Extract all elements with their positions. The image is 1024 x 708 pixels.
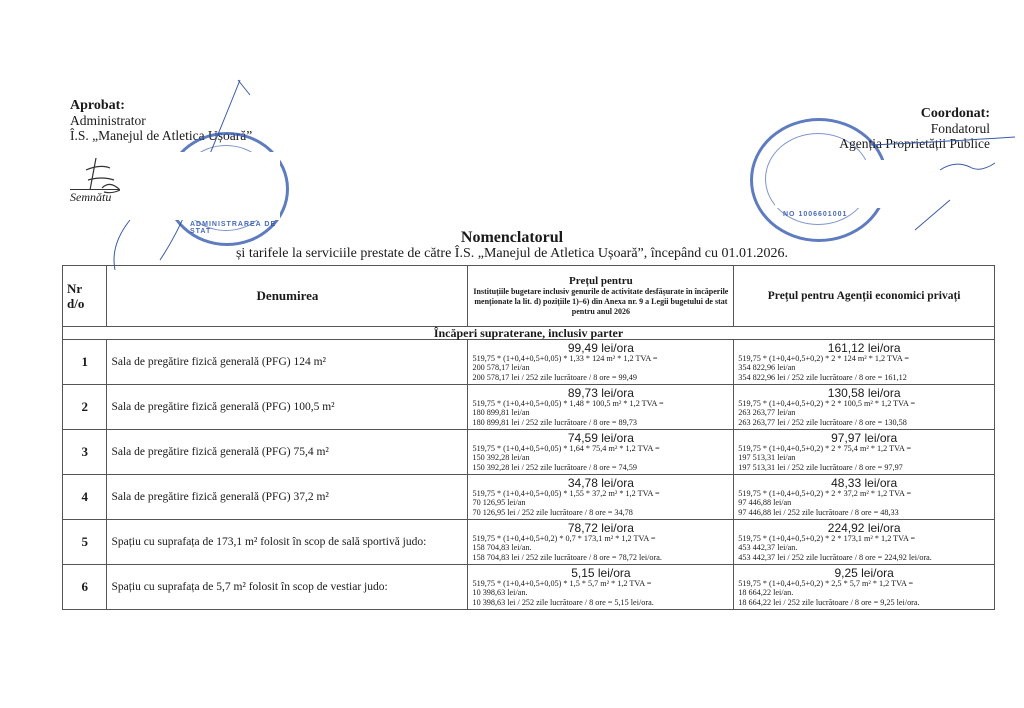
price-private-cell: 130,58 lei/ora519,75 * (1+0,4+0,5+0,2) *… xyxy=(734,385,995,430)
hourly-calculation: 200 578,17 lei / 252 zile lucrătoare / 8… xyxy=(472,373,729,383)
hourly-calculation: 150 392,28 lei / 252 zile lucrătoare / 8… xyxy=(472,463,729,473)
price-private-cell: 97,97 lei/ora519,75 * (1+0,4+0,5+0,2) * … xyxy=(734,430,995,475)
service-name: Sala de pregătire fizică generală (PFG) … xyxy=(107,340,468,385)
rate-formula: 519,75 * (1+0,4+0,5+0,05) * 1,33 * 124 m… xyxy=(472,354,729,364)
row-number: 1 xyxy=(63,340,107,385)
section-row: Încăperi supraterane, inclusiv parter xyxy=(63,327,995,340)
rate-formula: 519,75 * (1+0,4+0,5+0,2) * 2 * 124 m² * … xyxy=(738,354,990,364)
price-public-cell: 5,15 lei/ora519,75 * (1+0,4+0,5+0,05) * … xyxy=(468,565,734,610)
table-row: 4Sala de pregătire fizică generală (PFG)… xyxy=(63,475,995,520)
hourly-rate: 34,78 lei/ora xyxy=(472,477,729,489)
annual-amount: 10 398,63 lei/an. xyxy=(472,588,729,598)
annual-amount: 18 664,22 lei/an. xyxy=(738,588,990,598)
table-row: 3Sala de pregătire fizică generală (PFG)… xyxy=(63,430,995,475)
hourly-rate: 48,33 lei/ora xyxy=(738,477,990,489)
hourly-calculation: 354 822,96 lei / 252 zile lucrătoare / 8… xyxy=(738,373,990,383)
hourly-rate: 78,72 lei/ora xyxy=(472,522,729,534)
annual-amount: 197 513,31 lei/an xyxy=(738,453,990,463)
right-signature-stroke-icon xyxy=(860,115,1020,235)
price-private-cell: 48,33 lei/ora519,75 * (1+0,4+0,5+0,2) * … xyxy=(734,475,995,520)
row-number: 4 xyxy=(63,475,107,520)
service-name: Spațiu cu suprafața de 173,1 m² folosit … xyxy=(107,520,468,565)
price-public-cell: 34,78 lei/ora519,75 * (1+0,4+0,5+0,05) *… xyxy=(468,475,734,520)
rate-formula: 519,75 * (1+0,4+0,5+0,05) * 1,55 * 37,2 … xyxy=(472,489,729,499)
price-public-cell: 74,59 lei/ora519,75 * (1+0,4+0,5+0,05) *… xyxy=(468,430,734,475)
row-number: 5 xyxy=(63,520,107,565)
hourly-calculation: 263 263,77 lei / 252 zile lucrătoare / 8… xyxy=(738,418,990,428)
hourly-calculation: 453 442,37 lei / 252 zile lucrătoare / 8… xyxy=(738,553,990,563)
hourly-calculation: 158 704,83 lei / 252 zile lucrătoare / 8… xyxy=(472,553,729,563)
hourly-calculation: 197 513,31 lei / 252 zile lucrătoare / 8… xyxy=(738,463,990,473)
annual-amount: 150 392,28 lei/an xyxy=(472,453,729,463)
row-number: 3 xyxy=(63,430,107,475)
rate-formula: 519,75 * (1+0,4+0,5+0,2) * 2 * 100,5 m² … xyxy=(738,399,990,409)
price-private-cell: 9,25 lei/ora519,75 * (1+0,4+0,5+0,2) * 2… xyxy=(734,565,995,610)
rate-formula: 519,75 * (1+0,4+0,5+0,05) * 1,48 * 100,5… xyxy=(472,399,729,409)
annual-amount: 158 704,83 lei/an. xyxy=(472,543,729,553)
rate-formula: 519,75 * (1+0,4+0,5+0,2) * 0,7 * 173,1 m… xyxy=(472,534,729,544)
hourly-rate: 97,97 lei/ora xyxy=(738,432,990,444)
price-private-cell: 161,12 lei/ora519,75 * (1+0,4+0,5+0,2) *… xyxy=(734,340,995,385)
table-row: 6Spațiu cu suprafața de 5,7 m² folosit î… xyxy=(63,565,995,610)
price-public-cell: 89,73 lei/ora519,75 * (1+0,4+0,5+0,05) *… xyxy=(468,385,734,430)
hourly-rate: 74,59 lei/ora xyxy=(472,432,729,444)
hourly-rate: 89,73 lei/ora xyxy=(472,387,729,399)
rate-formula: 519,75 * (1+0,4+0,5+0,2) * 2 * 37,2 m² *… xyxy=(738,489,990,499)
right-stamp-code: NO 1006601001 xyxy=(783,211,847,218)
header-name: Denumirea xyxy=(107,266,468,327)
service-name: Sala de pregătire fizică generală (PFG) … xyxy=(107,475,468,520)
hourly-calculation: 10 398,63 lei / 252 zile lucrătoare / 8 … xyxy=(472,598,729,608)
hourly-rate: 130,58 lei/ora xyxy=(738,387,990,399)
hourly-calculation: 97 446,88 lei / 252 zile lucrătoare / 8 … xyxy=(738,508,990,518)
table-header-row: Nr d/o Denumirea Prețul pentru Instituți… xyxy=(63,266,995,327)
rate-formula: 519,75 * (1+0,4+0,5+0,2) * 2,5 * 5,7 m² … xyxy=(738,579,990,589)
hourly-rate: 161,12 lei/ora xyxy=(738,342,990,354)
hourly-rate: 99,49 lei/ora xyxy=(472,342,729,354)
table-row: 2Sala de pregătire fizică generală (PFG)… xyxy=(63,385,995,430)
rate-formula: 519,75 * (1+0,4+0,5+0,05) * 1,64 * 75,4 … xyxy=(472,444,729,454)
annual-amount: 453 442,37 lei/an. xyxy=(738,543,990,553)
service-name: Sala de pregătire fizică generală (PFG) … xyxy=(107,385,468,430)
header-price-public: Prețul pentru Instituțiile bugetare incl… xyxy=(468,266,734,327)
price-private-cell: 224,92 lei/ora519,75 * (1+0,4+0,5+0,2) *… xyxy=(734,520,995,565)
hourly-calculation: 18 664,22 lei / 252 zile lucrătoare / 8 … xyxy=(738,598,990,608)
hourly-rate: 224,92 lei/ora xyxy=(738,522,990,534)
tariff-table: Nr d/o Denumirea Prețul pentru Instituți… xyxy=(62,265,995,610)
hourly-rate: 5,15 lei/ora xyxy=(472,567,729,579)
annual-amount: 70 126,95 lei/an xyxy=(472,498,729,508)
header-price-public-desc: Instituțiile bugetare inclusiv genurile … xyxy=(473,287,728,316)
annual-amount: 354 822,96 lei/an xyxy=(738,363,990,373)
document-title: Nomenclatorul xyxy=(0,229,1024,247)
service-name: Sala de pregătire fizică generală (PFG) … xyxy=(107,430,468,475)
hourly-calculation: 70 126,95 lei / 252 zile lucrătoare / 8 … xyxy=(472,508,729,518)
annual-amount: 97 446,88 lei/an xyxy=(738,498,990,508)
rate-formula: 519,75 * (1+0,4+0,5+0,05) * 1,5 * 5,7 m²… xyxy=(472,579,729,589)
rate-formula: 519,75 * (1+0,4+0,5+0,2) * 2 * 173,1 m² … xyxy=(738,534,990,544)
row-number: 2 xyxy=(63,385,107,430)
price-public-cell: 99,49 lei/ora519,75 * (1+0,4+0,5+0,05) *… xyxy=(468,340,734,385)
hourly-rate: 9,25 lei/ora xyxy=(738,567,990,579)
header-nr: Nr d/o xyxy=(63,266,107,327)
price-public-cell: 78,72 lei/ora519,75 * (1+0,4+0,5+0,2) * … xyxy=(468,520,734,565)
document-subtitle: și tarifele la serviciile prestate de că… xyxy=(0,246,1024,262)
table-row: 1Sala de pregătire fizică generală (PFG)… xyxy=(63,340,995,385)
annual-amount: 180 899,81 lei/an xyxy=(472,408,729,418)
redaction-block-left xyxy=(120,152,280,220)
row-number: 6 xyxy=(63,565,107,610)
header-price-public-title: Prețul pentru xyxy=(472,275,729,287)
annual-amount: 200 578,17 lei/an xyxy=(472,363,729,373)
hourly-calculation: 180 899,81 lei / 252 zile lucrătoare / 8… xyxy=(472,418,729,428)
service-name: Spațiu cu suprafața de 5,7 m² folosit în… xyxy=(107,565,468,610)
rate-formula: 519,75 * (1+0,4+0,5+0,2) * 2 * 75,4 m² *… xyxy=(738,444,990,454)
header-price-private: Prețul pentru Agenții economici privați xyxy=(734,266,995,327)
table-row: 5Spațiu cu suprafața de 173,1 m² folosit… xyxy=(63,520,995,565)
section-label: Încăperi supraterane, inclusiv parter xyxy=(63,327,995,340)
annual-amount: 263 263,77 lei/an xyxy=(738,408,990,418)
